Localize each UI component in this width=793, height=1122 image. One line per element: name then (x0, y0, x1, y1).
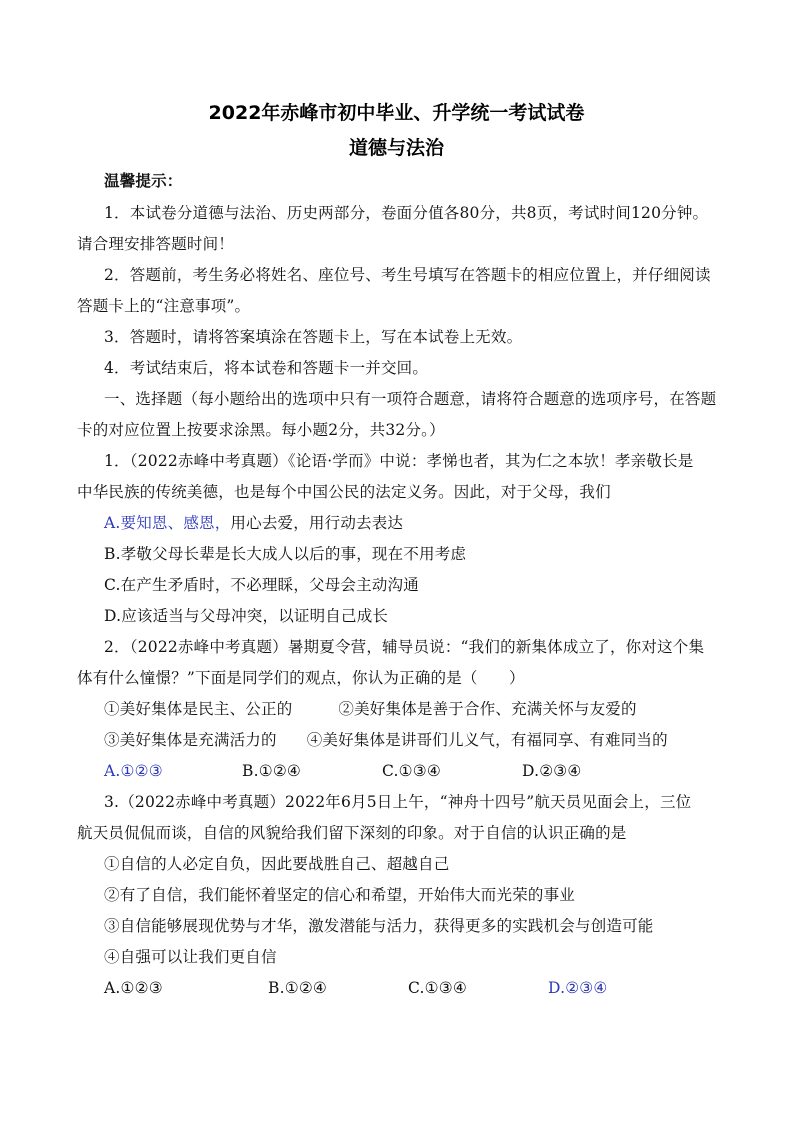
question-1-stem-line1: 1．（2022赤峰中考真题）《论语·学而》中说：孝悌也者，其为仁之本欤！孝亲敬长… (104, 451, 749, 471)
exam-page: 2022年赤峰市初中毕业、升学统一考试试卷 道德与法治 温馨提示： 1．本试卷分… (0, 0, 793, 1122)
question-2-options: A.①②③B.①②④C.①③④D.②③④ (104, 761, 749, 781)
question-3-statement-3: ③自信能够展现优势与才华，激发潜能与活力，获得更多的实践机会与创造可能 (104, 916, 749, 936)
notice-item-4: 4．考试结束后，将本试卷和答题卡一并交回。 (104, 358, 749, 378)
statement-4: ④美好集体是讲哥们儿义气，有福同享、有难同当的 (307, 731, 668, 749)
question-2-statements-row1: ①美好集体是民主、公正的②美好集体是善于合作、充满关怀与友爱的 (104, 699, 749, 719)
question-1-option-a: A.要知恩、感恩，用心去爱，用行动去表达 (104, 513, 749, 533)
question-3-stem-line1: 3.（2022赤峰中考真题）2022年6月5日上午，“神舟十四号”航天员见面会上… (104, 792, 749, 812)
question-2-statements-row2: ③美好集体是充满活力的④美好集体是讲哥们儿义气，有福同享、有难同当的 (104, 730, 749, 750)
question-1-option-d: D.应该适当与父母冲突，以证明自己成长 (104, 606, 749, 626)
notice-heading: 温馨提示： (104, 171, 749, 191)
question-1-option-b: B.孝敬父母长辈是长大成人以后的事，现在不用考虑 (104, 544, 749, 564)
question-2-stem-line1: 2．（2022赤峰中考真题）暑期夏令营，辅导员说：“我们的新集体成立了，你对这个… (104, 637, 749, 657)
question-1-stem-line2: 中华民族的传统美德，也是每个中国公民的法定义务。因此，对于父母，我们 (77, 482, 722, 502)
notice-item-1-line1: 1．本试卷分道德与法治、历史两部分，卷面分值各80分，共8页，考试时间120分钟… (104, 203, 749, 223)
question-3-statement-1: ①自信的人必定自负，因此要战胜自己、超越自己 (104, 854, 749, 874)
question-3-option-c: C.①③④ (408, 978, 548, 998)
question-2-option-c: C.①③④ (382, 761, 522, 781)
question-1-option-c: C.在产生矛盾时，不必理睬，父母会主动沟通 (104, 575, 749, 595)
question-2-option-a: A.①②③ (104, 761, 242, 781)
notice-item-3: 3．答题时，请将答案填涂在答题卡上，写在本试卷上无效。 (104, 327, 749, 347)
question-3-option-d: D.②③④ (548, 978, 608, 998)
question-3-options: A.①②③B.①②④C.①③④D.②③④ (104, 978, 749, 998)
question-3-statement-2: ②有了自信，我们能怀着坚定的信心和希望，开始伟大而光荣的事业 (104, 885, 749, 905)
exam-title: 2022年赤峰市初中毕业、升学统一考试试卷 (0, 98, 793, 125)
statement-2: ②美好集体是善于合作、充满关怀与友爱的 (338, 700, 636, 718)
statement-3: ③美好集体是充满活力的 (104, 731, 277, 749)
statement-1: ①美好集体是民主、公正的 (104, 700, 292, 718)
question-3-stem-line2: 航天员侃侃而谈，自信的风貌给我们留下深刻的印象。对于自信的认识正确的是 (77, 823, 722, 843)
question-3-option-b: B.①②④ (268, 978, 408, 998)
section-heading-line2: 卡的对应位置上按要求涂黑。每小题2分，共32分。） (77, 420, 722, 440)
notice-item-2-line1: 2．答题前，考生务必将姓名、座位号、考生号填写在答题卡的相应位置上，并仔细阅读 (104, 265, 749, 285)
notice-item-2-line2: 答题卡上的“注意事项”。 (77, 296, 722, 316)
question-2-option-d: D.②③④ (522, 761, 582, 781)
question-2-stem-line2: 体有什么憧憬？”下面是同学们的观点，你认为正确的是（ ） (77, 668, 722, 688)
section-heading-line1: 一、选择题（每小题给出的选项中只有一项符合题意，请将符合题意的选项序号，在答题 (104, 389, 749, 409)
exam-subject: 道德与法治 (0, 133, 793, 160)
question-3-option-a: A.①②③ (104, 978, 268, 998)
answer-highlight: A.要知恩、感恩， (104, 514, 230, 532)
notice-item-1-line2: 请合理安排答题时间！ (77, 234, 722, 254)
question-2-option-b: B.①②④ (242, 761, 382, 781)
question-3-statement-4: ④自强可以让我们更自信 (104, 947, 749, 967)
